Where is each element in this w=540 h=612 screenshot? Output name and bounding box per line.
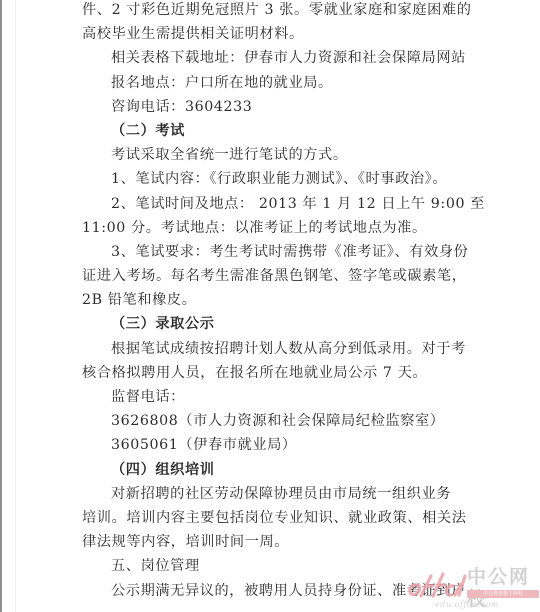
download-address-line: 相关表格下载地址：伊春市人力资源和社会保障局网站 [82, 46, 446, 70]
watermark-tagline-badge: 中公教育旗下网校 [467, 590, 539, 598]
text-line: 公示期满无异议的，被聘用人员持身份证、准考证到户 [82, 579, 446, 603]
text-line: 11:00 分。考试地点：以准考证上的考试地点为准。 [82, 216, 446, 240]
document-page: 件、2 寸彩色近期免冠照片 3 张。零就业家庭和家庭困难的 高校毕业生需提供相关… [82, 0, 446, 603]
text-line: 高校毕业生需提供相关证明材料。 [82, 22, 446, 46]
section-heading-exam: （二）考试 [82, 119, 446, 143]
text-line: 2B 铅笔和橡皮。 [82, 288, 446, 312]
section-heading-position-management: 五、岗位管理 [82, 554, 446, 578]
supervision-phone-1: 3626808（市人力资源和社会保障局纪检监察室） [82, 409, 446, 433]
exam-requirements-line: 3、笔试要求：考生考试时需携带《准考证》、有效身份 [82, 240, 446, 264]
text-line: 证进入考场。每名考生需准备黑色钢笔、签字笔或碳素笔， [82, 264, 446, 288]
watermark-brand: 中公网校 [467, 566, 540, 610]
supervision-phone-2: 3605061（伊春市就业局） [82, 433, 446, 457]
section-heading-training: （四）组织培训 [82, 458, 446, 482]
text-line: 律法规等内容，培训时间一周。 [82, 530, 446, 554]
exam-time-line: 2、笔试时间及地点： 2013 年 1 月 12 日上午 9:00 至 [82, 192, 446, 216]
section-heading-admission: （三）录取公示 [82, 312, 446, 336]
inquiry-phone-line: 咨询电话：3604233 [82, 95, 446, 119]
supervision-phone-label: 监督电话： [82, 385, 446, 409]
text-line: 培训。培训内容主要包括岗位专业知识、就业政策、相关法 [82, 506, 446, 530]
exam-content-line: 1、笔试内容：《行政职业能力测试》、《时事政治》。 [82, 167, 446, 191]
text-line: 根据笔试成绩按招聘计划人数从高分到低录用。对于考 [82, 337, 446, 361]
page-left-border [0, 0, 2, 612]
text-line: 考试采取全省统一进行笔试的方式。 [82, 143, 446, 167]
margin-guide-line [15, 0, 16, 612]
registration-location-line: 报名地点：户口所在地的就业局。 [82, 71, 446, 95]
text-line: 对新招聘的社区劳动保障协理员由市局统一组织业务 [82, 482, 446, 506]
text-line: 件、2 寸彩色近期免冠照片 3 张。零就业家庭和家庭困难的 [82, 0, 446, 22]
text-line: 核合格拟聘用人员，在报名所在地就业局公示 7 天。 [82, 361, 446, 385]
